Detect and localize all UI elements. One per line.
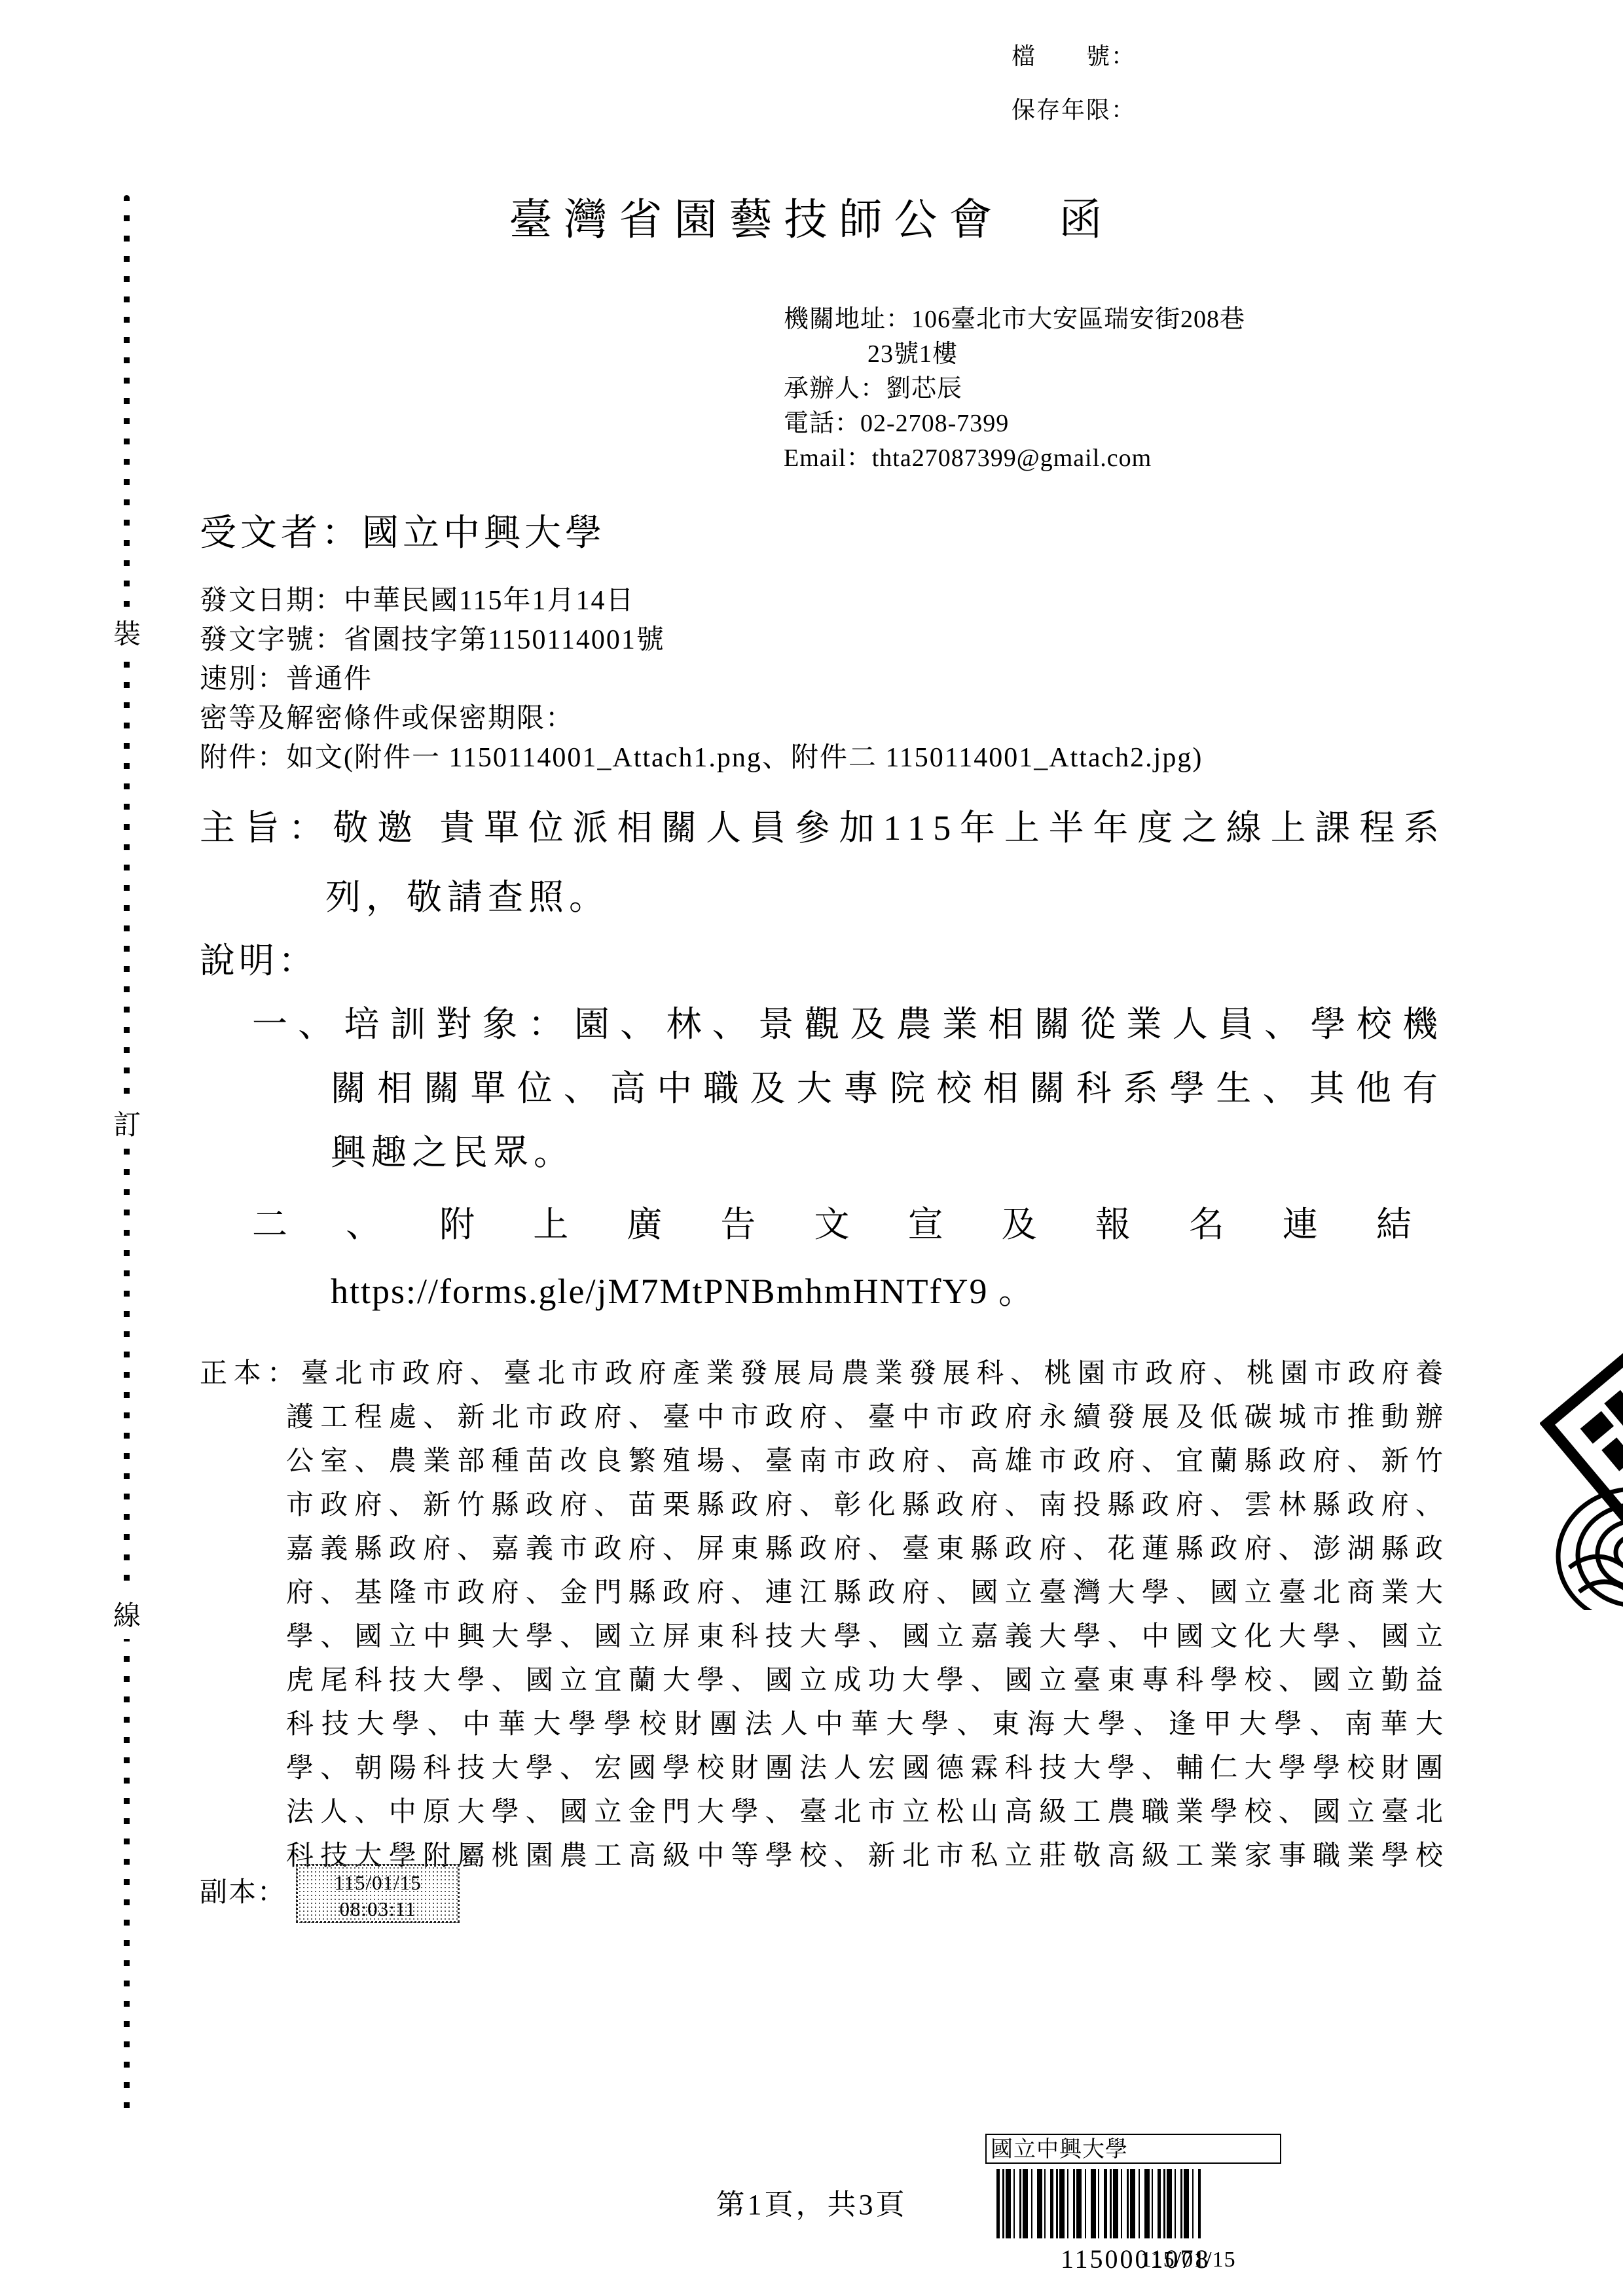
recipient-line: 受文者：國立中興大學 (200, 504, 606, 556)
original-recipients-line: 學、朝陽科技大學、宏國學校財團法人宏國德霖科技大學、輔仁大學學校財團 (286, 1747, 1447, 1791)
document-meta-block: 發文日期：中華民國115年1月14日 發文字號：省園技字第1150114001號… (200, 581, 1203, 778)
original-recipients-line: 科技大學附屬桃園農工高級中等學校、新北市私立莊敬高級工業家事職業學校 (286, 1835, 1447, 1878)
secrecy-line: 密等及解密條件或保密期限： (200, 699, 1203, 738)
stamp-date: 115/01/15 (298, 1870, 458, 1896)
stamp-time: 08:03:11 (298, 1896, 458, 1922)
issue-date-line: 發文日期：中華民國115年1月14日 (200, 581, 1203, 620)
original-recipients-block: 正本：臺北市政府、臺北市政府產業發展局農業發展科、桃園市政府、桃園市政府養 護工… (200, 1352, 1447, 1878)
document-number-line: 發文字號：省園技字第1150114001號 (200, 620, 1203, 660)
subject-line-2: 列，敬請查照。 (325, 863, 1447, 932)
binding-mark-ding: 訂 (109, 1098, 145, 1148)
original-recipients-line: 公室、農業部種苗改良繁殖場、臺南市政府、高雄市政府、宜蘭縣政府、新竹 (286, 1440, 1447, 1484)
original-recipients-line: 市政府、新竹縣政府、苗栗縣政府、彰化縣政府、南投縣政府、雲林縣政府、 (286, 1484, 1447, 1528)
subject-block: 主旨：敬邀 貴單位派相關人員參加115年上半年度之線上課程系 列，敬請查照。 (200, 793, 1447, 932)
explanation-item1-line1: 一、培訓對象：園、林、景觀及農業相關從業人員、學校機 (252, 992, 1447, 1056)
retention-period-label: 保存年限： (1012, 92, 1136, 125)
explanation-item-2: 二、附上廣告文宣及報名連結 https://forms.gle/jM7MtPNB… (252, 1191, 1447, 1325)
delivery-org-box: 國立中興大學 (985, 2134, 1281, 2164)
original-recipients-line: 法人、中原大學、國立金門大學、臺北市立松山高級工農職業學校、國立臺北 (286, 1791, 1447, 1835)
attachments-line: 附件：如文(附件一 1150114001_Attach1.png、附件二 115… (200, 738, 1203, 778)
sender-address-line1: 機關地址：106臺北市大安區瑞安街208巷 (784, 302, 1245, 337)
explanation-item1-line2: 關相關單位、高中職及大專院校相關科系學生、其他有 (331, 1056, 1447, 1121)
electronic-exchange-stamp: 115/01/15 08:03:11 (296, 1864, 460, 1923)
cc-label: 副本： (200, 1871, 286, 1910)
official-seal-icon (1540, 1348, 1623, 1610)
original-recipients-line: 科技大學、中華大學學校財團法人中華大學、東海大學、逢甲大學、南華大 (286, 1703, 1447, 1747)
barcode (996, 2169, 1201, 2238)
original-label: 正本： (200, 1359, 301, 1389)
page-number-info: 第1頁，共3頁 (0, 2181, 1623, 2223)
original-recipients-line: 學、國立中興大學、國立屏東科技大學、國立嘉義大學、中國文化大學、國立 (286, 1615, 1447, 1659)
sentence-period: 。 (998, 1272, 1035, 1311)
sender-info-block: 機關地址：106臺北市大安區瑞安街208巷 23號1樓 承辦人：劉芯辰 電話：0… (784, 302, 1245, 476)
explanation-item-1: 一、培訓對象：園、林、景觀及農業相關從業人員、學校機 關相關單位、高中職及大專院… (252, 992, 1447, 1185)
subject-line-1: 主旨：敬邀 貴單位派相關人員參加115年上半年度之線上課程系 (200, 793, 1447, 863)
registration-link[interactable]: https://forms.gle/jM7MtPNBmhmHNTfY9 (331, 1272, 989, 1311)
sender-email: Email：thta27087399@gmail.com (784, 441, 1245, 476)
original-recipients-line: 嘉義縣政府、嘉義市政府、屏東縣政府、臺東縣政府、花蓮縣政府、澎湖縣政 (286, 1528, 1447, 1571)
explanation-heading: 說明： (200, 933, 318, 983)
sender-phone: 電話：02-2708-7399 (784, 406, 1245, 441)
binding-dotted-line (124, 195, 130, 2118)
explanation-item2-line2: https://forms.gle/jM7MtPNBmhmHNTfY9 。 (331, 1258, 1447, 1325)
official-letter-page: 檔 號： 保存年限： 臺灣省園藝技師公會 函 機關地址：106臺北市大安區瑞安街… (0, 0, 1623, 2296)
original-recipients-line: 護工程處、新北市政府、臺中市政府、臺中市政府永續發展及低碳城市推動辦 (286, 1396, 1447, 1440)
original-recipients-line: 正本：臺北市政府、臺北市政府產業發展局農業發展科、桃園市政府、桃園市政府養 (200, 1352, 1447, 1396)
sender-address-line2: 23號1樓 (867, 337, 1245, 372)
sender-contact-person: 承辦人：劉芯辰 (784, 372, 1245, 406)
binding-mark-zhuang: 裝 (109, 607, 145, 657)
explanation-item1-line3: 興趣之民眾。 (331, 1121, 1447, 1185)
delivery-org-name: 國立中興大學 (991, 2138, 1128, 2162)
barcode-date: 115/01/15 (1140, 2248, 1236, 2272)
document-title: 臺灣省園藝技師公會 函 (0, 185, 1623, 247)
speed-class-line: 速別：普通件 (200, 660, 1203, 699)
binding-mark-xian: 線 (109, 1589, 145, 1639)
file-number-label: 檔 號： (1012, 38, 1136, 71)
original-recipients-line: 虎尾科技大學、國立宜蘭大學、國立成功大學、國立臺東專科學校、國立勤益 (286, 1659, 1447, 1703)
original-recipients-line: 府、基隆市政府、金門縣政府、連江縣政府、國立臺灣大學、國立臺北商業大 (286, 1571, 1447, 1615)
explanation-item2-line1: 二、附上廣告文宣及報名連結 (252, 1191, 1447, 1258)
